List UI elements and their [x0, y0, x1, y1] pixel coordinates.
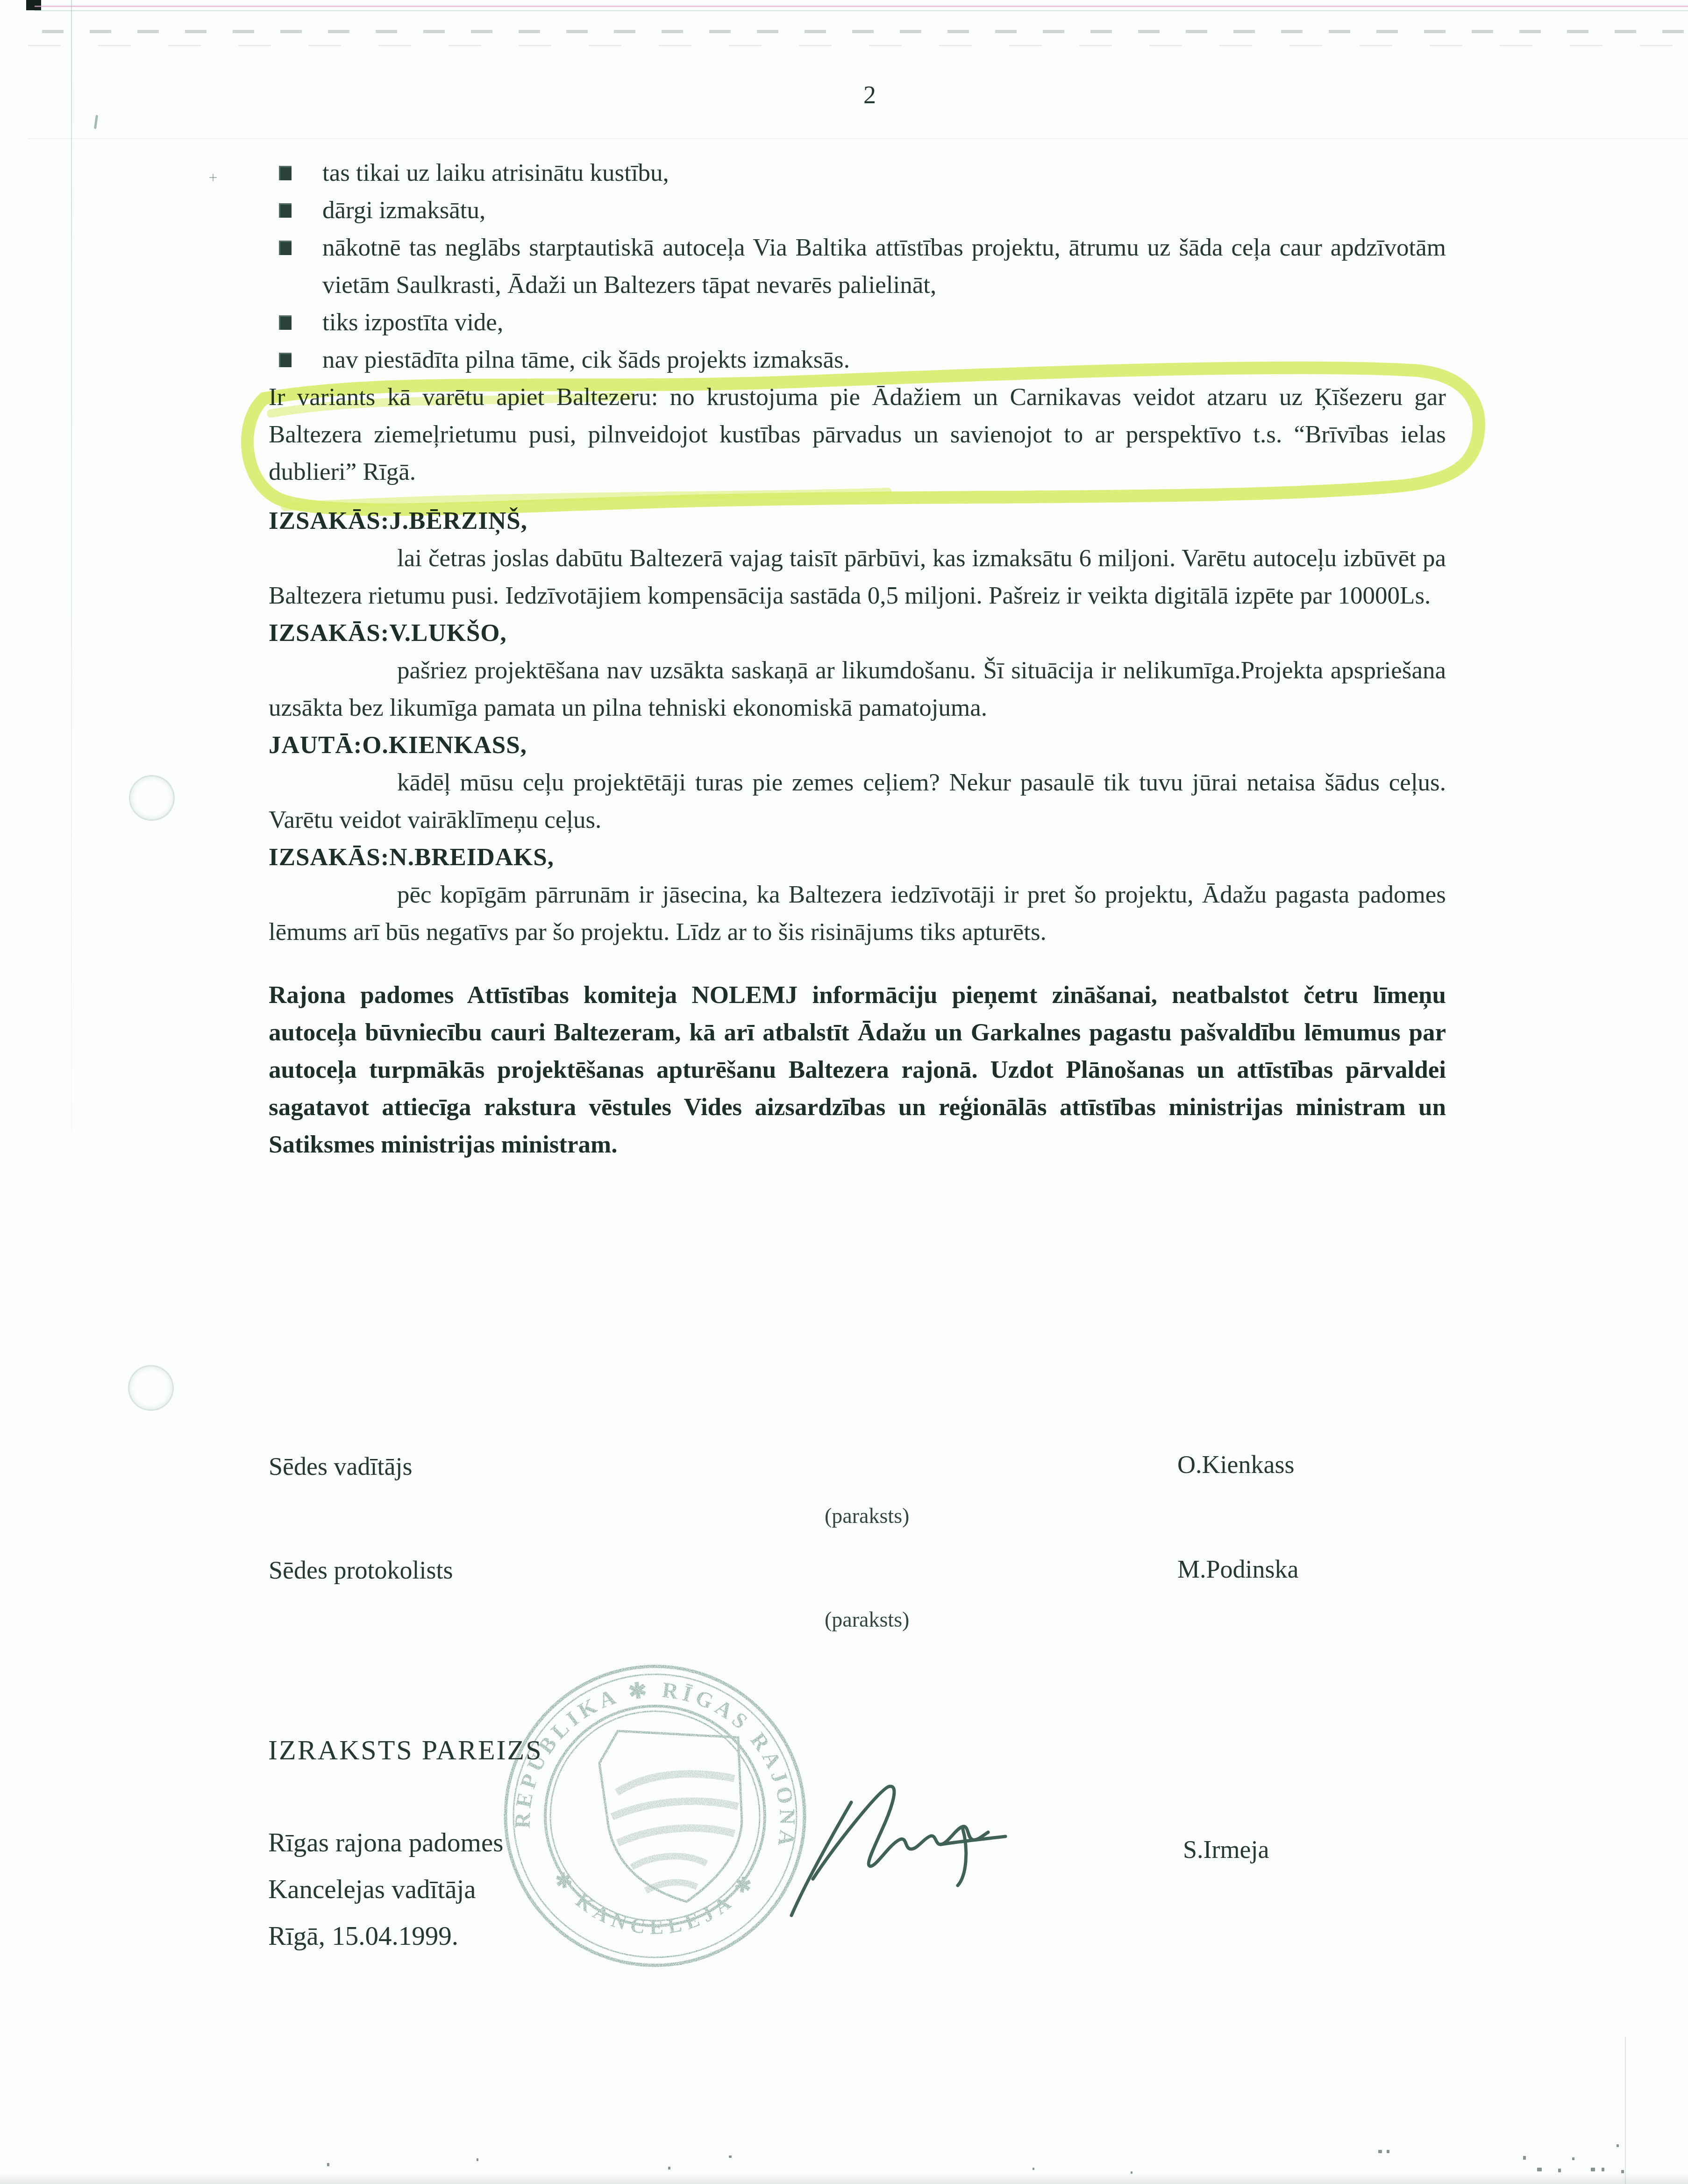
scan-streak-band — [42, 30, 1688, 33]
list-item: nav piestādīta pilna tāme, cik šāds proj… — [269, 341, 1446, 378]
certification-line: Rīgas rajona padomes — [268, 1828, 503, 1858]
bullet-square-icon — [279, 315, 292, 330]
decision-paragraph: Rajona padomes Attīstības komiteja NOLEM… — [269, 976, 1446, 1163]
bullet-square-icon — [279, 203, 292, 218]
list-item: tiks izpostīta vide, — [269, 304, 1446, 341]
official-stamp: LATVIJAS REPUBLIKA ✱ RĪGAS RAJONA PADOME… — [491, 1652, 819, 1979]
scan-bottom-smear — [0, 2173, 1688, 2184]
scan-line-pink — [35, 6, 1688, 7]
certifier-name: S.Irmeja — [1183, 1835, 1269, 1864]
signature-role: Sēdes vadītājs — [269, 1452, 412, 1481]
document-body: tas tikai uz laiku atrisinātu kustību, d… — [269, 154, 1446, 1163]
list-item-text: nākotnē tas neglābs starptautiskā autoce… — [322, 229, 1446, 304]
statement-text: pēc kopīgām pārrunām ir jāsecina, ka Bal… — [269, 876, 1446, 951]
scan-streak-band-3 — [28, 138, 1688, 139]
signature-note: (paraksts) — [825, 1607, 909, 1632]
document-page: 2 tas tikai uz laiku atrisinātu kustību,… — [0, 0, 1688, 2184]
scan-streak-band-2 — [28, 45, 1688, 46]
certification-title: IZRAKSTS PAREIZS — [268, 1734, 543, 1766]
handwritten-signature — [748, 1724, 1103, 1948]
speaker-heading: IZSAKĀS:N.BREIDAKS, — [269, 839, 1446, 876]
page-number: 2 — [863, 80, 876, 109]
certification-line: Rīgā, 15.04.1999. — [268, 1921, 458, 1951]
signature-name: O.Kienkass — [1177, 1450, 1294, 1479]
list-item-text: tas tikai uz laiku atrisinātu kustību, — [322, 154, 1446, 192]
scan-left-line — [71, 0, 72, 1131]
certification-line: Kancelejas vadītāja — [268, 1874, 476, 1905]
list-item-text: nav piestādīta pilna tāme, cik šāds proj… — [322, 341, 1446, 378]
signature-role: Sēdes protokolists — [269, 1556, 453, 1585]
speaker-heading: JAUTĀ:O.KIENKASS, — [269, 726, 1446, 764]
statement-text: lai četras joslas dabūtu Baltezerā vajag… — [269, 540, 1446, 614]
list-item: nākotnē tas neglābs starptautiskā autoce… — [269, 229, 1446, 304]
scan-plus-mark — [209, 174, 217, 181]
scan-line-teal — [35, 10, 1688, 11]
statement-text: pašriez projektēšana nav uzsākta saskaņā… — [269, 652, 1446, 726]
list-item: tas tikai uz laiku atrisinātu kustību, — [269, 154, 1446, 192]
signature-name: M.Podinska — [1177, 1555, 1299, 1584]
scan-tick-mark — [94, 115, 98, 129]
bullet-square-icon — [279, 166, 292, 180]
objection-list: tas tikai uz laiku atrisinātu kustību, d… — [269, 154, 1446, 378]
hole-punch-bottom — [128, 1365, 174, 1411]
list-item: dārgi izmaksātu, — [269, 192, 1446, 229]
signature-note: (paraksts) — [825, 1503, 909, 1528]
list-item-text: tiks izpostīta vide, — [322, 304, 1446, 341]
list-item-text: dārgi izmaksātu, — [322, 192, 1446, 229]
svg-text:✱ KANCELEJA ✱: ✱ KANCELEJA ✱ — [549, 1867, 762, 1939]
hole-punch-top — [129, 775, 175, 821]
scan-corner-mark — [26, 0, 41, 10]
bullet-square-icon — [279, 353, 292, 367]
stamp-bottom-text: ✱ KANCELEJA ✱ — [549, 1867, 762, 1939]
speaker-heading: IZSAKĀS:V.LUKŠO, — [269, 614, 1446, 652]
scan-right-line — [1625, 2037, 1626, 2184]
speaker-heading: IZSAKĀS:J.BĒRZIŅŠ, — [269, 502, 1446, 540]
statement-text: kādēļ mūsu ceļu projektētāji turas pie z… — [269, 764, 1446, 839]
highlighted-paragraph: Ir variants kā varētu apiet Baltezeru: n… — [269, 378, 1446, 491]
bullet-square-icon — [279, 241, 292, 255]
